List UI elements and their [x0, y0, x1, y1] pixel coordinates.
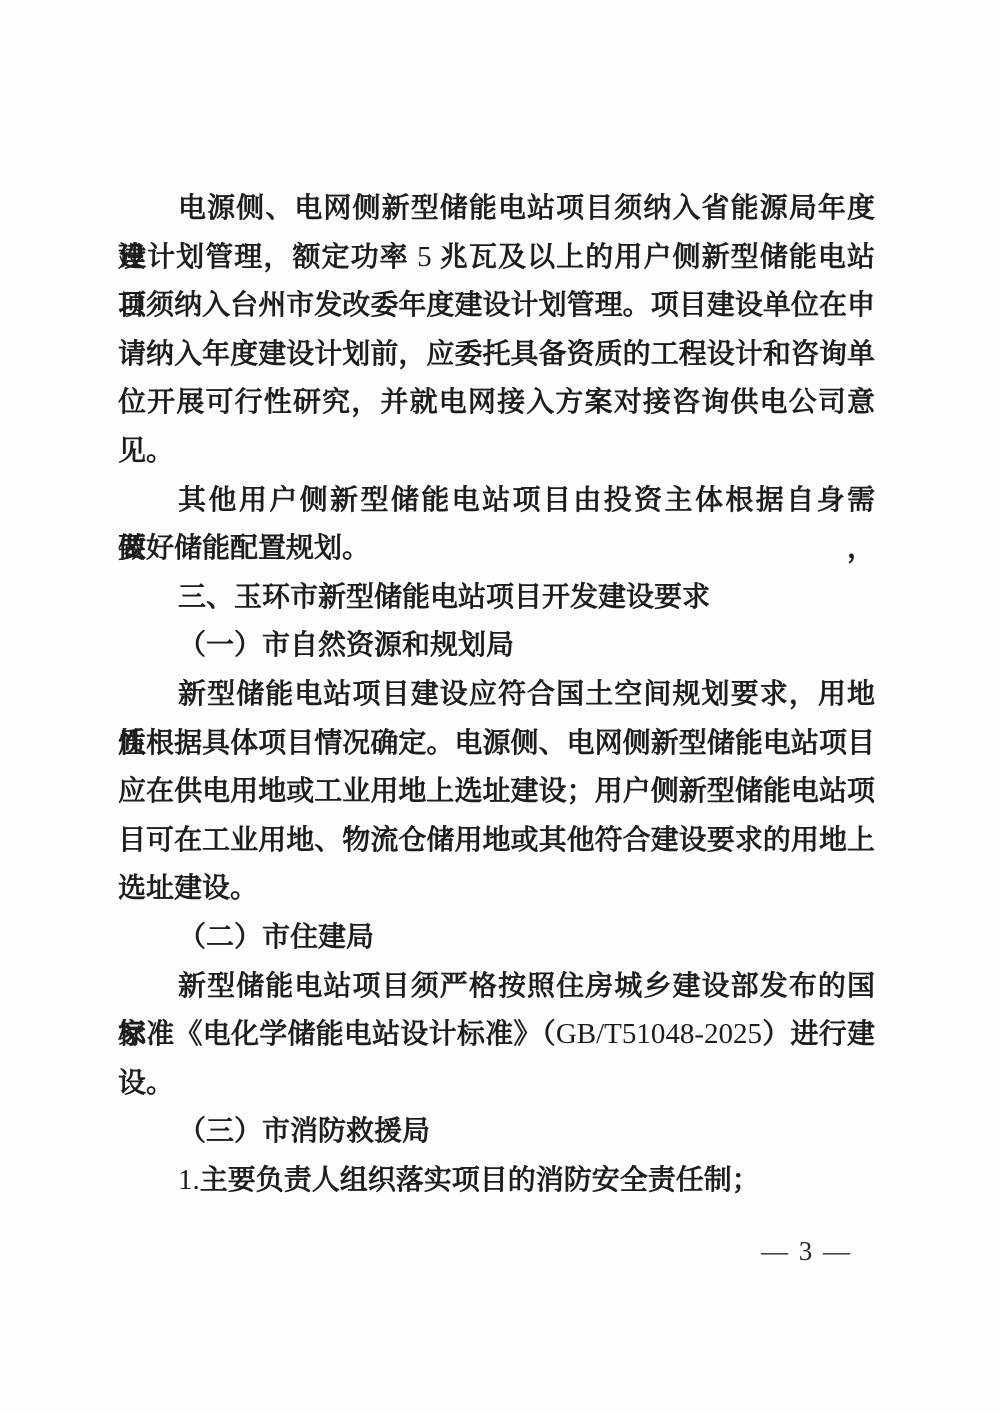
body-line: 其他用户侧新型储能电站项目由投资主体根据自身需要，: [118, 476, 875, 525]
body-text: 设计划管理，额定功率: [118, 241, 409, 272]
list-item-1: 1.主要负责人组织落实项目的消防安全责任制；: [118, 1156, 875, 1205]
body-line: 设。: [118, 1059, 875, 1108]
page-number: — 3 —: [0, 1236, 852, 1267]
body-text: 标准《电化学储能电站设计标准》（: [118, 1018, 556, 1049]
body-line: 目须纳入台州市发改委年度建设计划管理。项目建设单位在申: [118, 281, 875, 330]
document-body: 电源侧、电网侧新型储能电站项目须纳入省能源局年度建 设计划管理，额定功率 5 兆…: [118, 184, 875, 1204]
body-line: 请纳入年度建设计划前，应委托具备资质的工程设计和咨询单: [118, 330, 875, 379]
body-line: 见。: [118, 427, 875, 476]
body-text: 主要负责人组织落实项目的消防安全责任制；: [200, 1164, 760, 1195]
list-number: 1.: [178, 1164, 200, 1196]
body-line: 电源侧、电网侧新型储能电站项目须纳入省能源局年度建: [118, 184, 875, 233]
body-line: 新型储能电站项目建设应符合国土空间规划要求，用地性: [118, 670, 875, 719]
body-line: 选址建设。: [118, 864, 875, 913]
standard-code: GB/T51048-2025: [556, 1018, 762, 1050]
section-heading-3: 三、玉环市新型储能电站项目开发建设要求: [118, 573, 875, 622]
body-line: 应在供电用地或工业用地上选址建设；用户侧新型储能电站项: [118, 767, 875, 816]
body-text: ）进行建: [762, 1018, 875, 1049]
subsection-heading-2: （二）市住建局: [118, 913, 875, 962]
document-page: 电源侧、电网侧新型储能电站项目须纳入省能源局年度建 设计划管理，额定功率 5 兆…: [0, 0, 1000, 1414]
rated-power-value: 5: [409, 241, 440, 273]
subsection-heading-3: （三）市消防救援局: [118, 1107, 875, 1156]
subsection-heading-1: （一）市自然资源和规划局: [118, 621, 875, 670]
body-line: 标准《电化学储能电站设计标准》（GB/T51048-2025）进行建: [118, 1010, 875, 1059]
body-line: 设计划管理，额定功率 5 兆瓦及以上的用户侧新型储能电站项: [118, 233, 875, 282]
body-line: 质根据具体项目情况确定。电源侧、电网侧新型储能电站项目: [118, 719, 875, 768]
body-line: 新型储能电站项目须严格按照住房城乡建设部发布的国家: [118, 962, 875, 1011]
body-line: 目可在工业用地、物流仓储用地或其他符合建设要求的用地上: [118, 816, 875, 865]
body-line: 位开展可行性研究，并就电网接入方案对接咨询供电公司意: [118, 378, 875, 427]
